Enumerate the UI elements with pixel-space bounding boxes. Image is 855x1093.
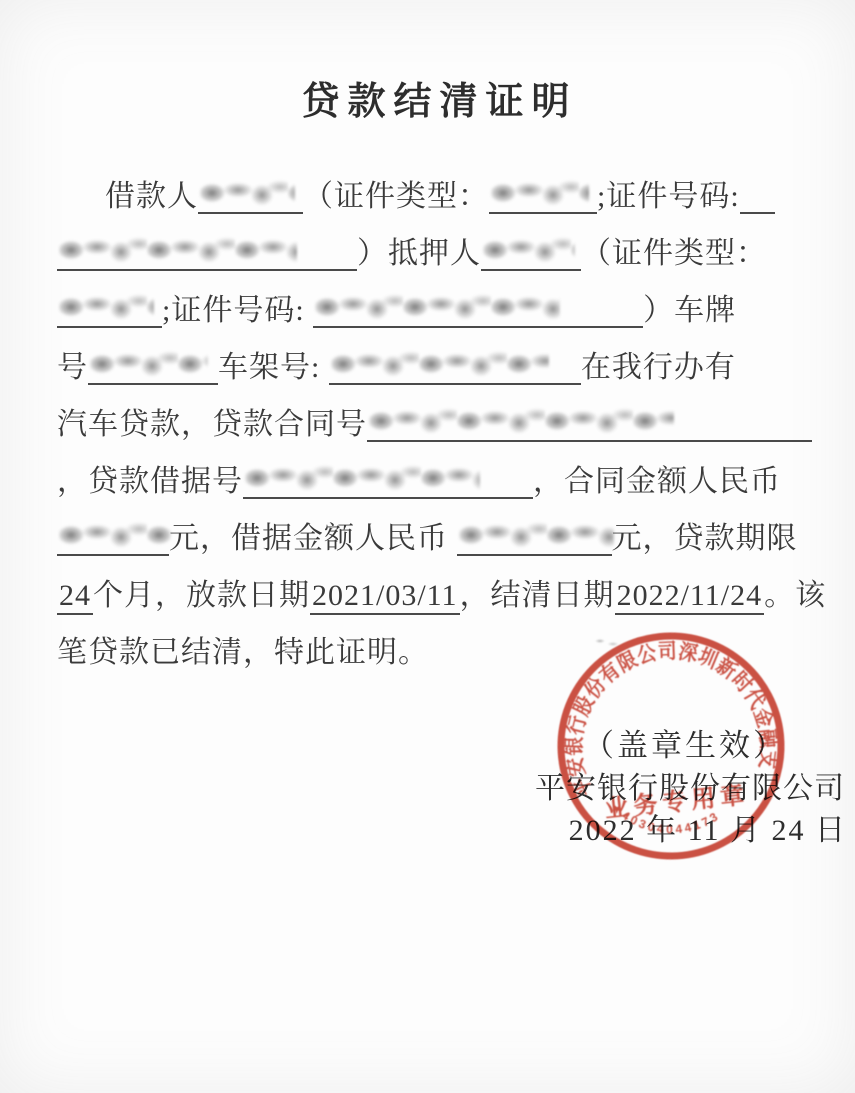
redacted-blank bbox=[57, 284, 162, 328]
text-segment: ，结清日期 bbox=[460, 579, 615, 612]
text-segment: 元，贷款期限 bbox=[612, 522, 798, 555]
redacted-blank bbox=[198, 170, 303, 214]
redaction-smudge bbox=[245, 463, 480, 494]
redacted-blank bbox=[88, 341, 218, 385]
redaction-smudge bbox=[59, 520, 171, 551]
document-line: ，贷款借据号，合同金额人民币 bbox=[57, 453, 817, 510]
seal-ring-text: 平安银行股份有限公司深圳新时代金融支行 bbox=[539, 614, 784, 803]
bank-seal: 平安银行股份有限公司深圳新时代金融支行 ★40304044173 业务专用章 bbox=[539, 614, 803, 878]
document-line: ）抵押人（证件类型： bbox=[57, 225, 817, 282]
redacted-blank bbox=[329, 341, 581, 385]
document-line: 元，借据金额人民币 元，贷款期限 bbox=[57, 510, 817, 567]
underlined-value: 2021/03/11 bbox=[310, 579, 460, 615]
redaction-smudge bbox=[331, 349, 549, 380]
redacted-blank bbox=[243, 455, 533, 499]
document-line: 借款人（证件类型：;证件号码: bbox=[57, 168, 817, 225]
text-segment: 元，借据金额人民币 bbox=[169, 522, 457, 555]
redaction-smudge bbox=[315, 292, 560, 323]
text-segment: 车架号: bbox=[218, 351, 329, 384]
underlined-value: 24 bbox=[57, 579, 93, 615]
redaction-smudge bbox=[491, 178, 589, 209]
redacted-blank bbox=[57, 227, 357, 271]
seal-inner-text: 业务专用章 bbox=[603, 780, 750, 823]
redaction-smudge bbox=[90, 349, 208, 380]
document-body: 借款人（证件类型：;证件号码:）抵押人（证件类型：;证件号码: ）车牌号车架号:… bbox=[57, 168, 817, 681]
text-segment: 。该 bbox=[764, 579, 826, 612]
svg-text:平安银行股份有限公司深圳新时代金融支行: 平安银行股份有限公司深圳新时代金融支行 bbox=[539, 614, 784, 803]
redaction-smudge bbox=[369, 406, 674, 437]
redacted-blank bbox=[481, 227, 581, 271]
certificate-page: 贷款结清证明 借款人（证件类型：;证件号码:）抵押人（证件类型：;证件号码: ）… bbox=[0, 0, 855, 1093]
text-segment: 借款人 bbox=[105, 180, 198, 213]
redacted-blank bbox=[457, 512, 612, 556]
redacted-blank bbox=[367, 398, 812, 442]
redaction-smudge bbox=[483, 235, 575, 266]
text-segment: 笔贷款已结清，特此证明。 bbox=[57, 636, 429, 669]
redacted-blank bbox=[57, 512, 169, 556]
text-segment: ）抵押人 bbox=[357, 237, 481, 270]
text-segment: ）车牌 bbox=[643, 294, 736, 327]
text-segment: ;证件号码: bbox=[597, 180, 740, 213]
text-segment: 个月，放款日期 bbox=[93, 579, 310, 612]
text-segment: ，合同金额人民币 bbox=[533, 465, 781, 498]
text-segment: ;证件号码: bbox=[162, 294, 313, 327]
text-segment: 汽车贷款，贷款合同号 bbox=[57, 408, 367, 441]
text-segment: 号 bbox=[57, 351, 88, 384]
redaction-smudge bbox=[200, 178, 295, 209]
redacted-blank bbox=[740, 170, 775, 214]
document-line: ;证件号码: ）车牌 bbox=[57, 282, 817, 339]
text-segment: （证件类型： bbox=[581, 237, 767, 270]
text-segment: ，贷款借据号 bbox=[57, 465, 243, 498]
document-line: 汽车贷款，贷款合同号 bbox=[57, 396, 817, 453]
underlined-value: 2022/11/24 bbox=[615, 579, 765, 615]
document-line: 号车架号: 在我行办有 bbox=[57, 339, 817, 396]
redaction-smudge bbox=[459, 520, 614, 551]
certificate-title: 贷款结清证明 bbox=[12, 70, 855, 125]
text-segment: （证件类型： bbox=[303, 180, 489, 213]
text-segment: 在我行办有 bbox=[581, 351, 736, 384]
redaction-smudge bbox=[59, 292, 154, 323]
redaction-smudge bbox=[59, 235, 297, 266]
document-line: 24个月，放款日期2021/03/11，结清日期2022/11/24。该 bbox=[57, 567, 817, 624]
redacted-blank bbox=[489, 170, 597, 214]
redacted-blank bbox=[313, 284, 643, 328]
